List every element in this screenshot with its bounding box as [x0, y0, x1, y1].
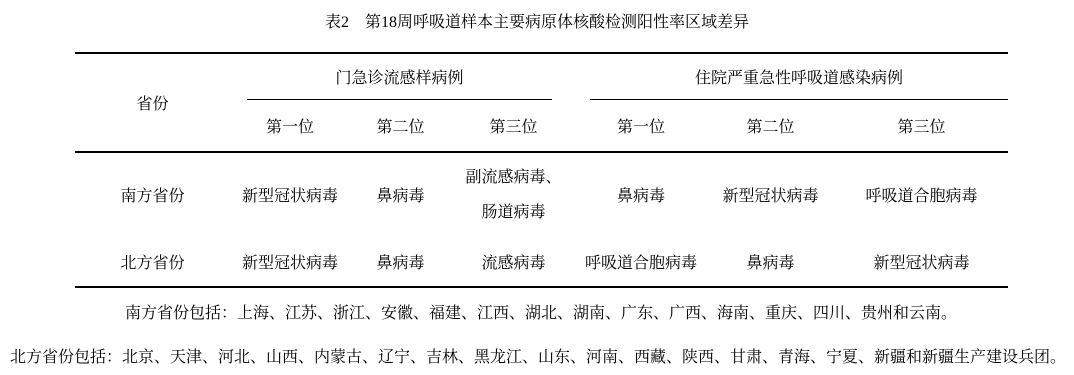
group-header-row: 省份 门急诊流感样病例 住院严重急性呼吸道感染病例	[75, 53, 1008, 100]
group-header-outpatient: 门急诊流感样病例	[230, 53, 576, 100]
table-row-south: 南方省份 新型冠状病毒 鼻病毒 副流感病毒、 肠道病毒 鼻病毒 新型冠状病毒 呼…	[75, 152, 1008, 236]
table-container: 省份 门急诊流感样病例 住院严重急性呼吸道感染病例 第一位 第二位 第三位 第一…	[75, 52, 1008, 288]
rank-header-hospitalized-2: 第二位	[706, 100, 835, 152]
footnote-south-provinces: 南方省份包括：上海、江苏、浙江、安徽、福建、江西、湖北、湖南、广东、广西、海南、…	[125, 303, 957, 324]
pathogen-cell: 鼻病毒	[706, 236, 835, 287]
footnote-north-provinces: 北方省份包括：北京、天津、河北、山西、内蒙古、辽宁、吉林、黑龙江、山东、河南、西…	[10, 347, 1066, 368]
pathogen-cell: 新型冠状病毒	[230, 236, 350, 287]
rank-header-outpatient-2: 第二位	[350, 100, 451, 152]
group-header-outpatient-label: 门急诊流感样病例	[247, 54, 552, 100]
province-header-cell: 省份	[75, 53, 230, 152]
rank-header-hospitalized-3: 第三位	[835, 100, 1008, 152]
group-header-hospitalized-label: 住院严重急性呼吸道感染病例	[590, 54, 1008, 100]
document-page: 表2 第18周呼吸道样本主要病原体核酸检测阳性率区域差异 省份 门急诊流感样病例	[0, 0, 1074, 375]
rank-header-hospitalized-1: 第一位	[576, 100, 706, 152]
province-cell: 北方省份	[75, 236, 230, 287]
pathogen-table: 省份 门急诊流感样病例 住院严重急性呼吸道感染病例 第一位 第二位 第三位 第一…	[75, 52, 1008, 288]
pathogen-cell: 鼻病毒	[350, 152, 451, 236]
rank-header-outpatient-1: 第一位	[230, 100, 350, 152]
province-cell: 南方省份	[75, 152, 230, 236]
group-header-hospitalized: 住院严重急性呼吸道感染病例	[576, 53, 1008, 100]
pathogen-cell: 新型冠状病毒	[230, 152, 350, 236]
pathogen-cell: 呼吸道合胞病毒	[835, 152, 1008, 236]
pathogen-cell: 呼吸道合胞病毒	[576, 236, 706, 287]
rank-header-outpatient-3: 第三位	[451, 100, 576, 152]
table-row-north: 北方省份 新型冠状病毒 鼻病毒 流感病毒 呼吸道合胞病毒 鼻病毒 新型冠状病毒	[75, 236, 1008, 287]
pathogen-cell: 鼻病毒	[350, 236, 451, 287]
pathogen-cell: 新型冠状病毒	[835, 236, 1008, 287]
pathogen-cell: 鼻病毒	[576, 152, 706, 236]
page-title: 表2 第18周呼吸道样本主要病原体核酸检测阳性率区域差异	[0, 12, 1074, 34]
pathogen-cell: 新型冠状病毒	[706, 152, 835, 236]
pathogen-cell: 副流感病毒、 肠道病毒	[451, 152, 576, 236]
pathogen-cell: 流感病毒	[451, 236, 576, 287]
